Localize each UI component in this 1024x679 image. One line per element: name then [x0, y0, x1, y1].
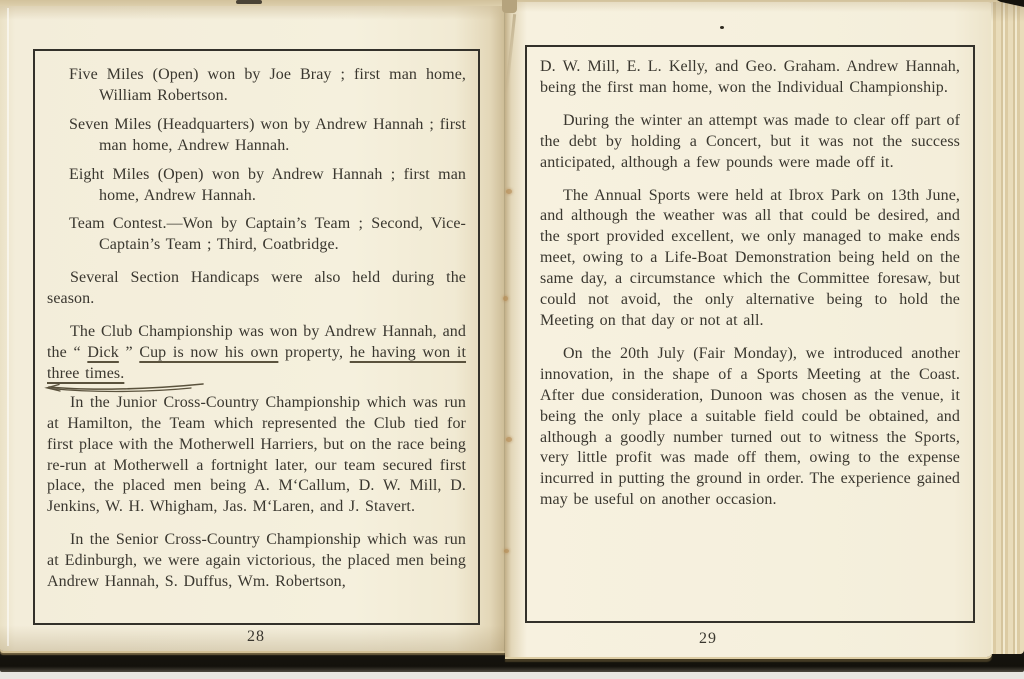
right-page-text-frame: D. W. Mill, E. L. Kelly, and Geo. Graham…	[525, 45, 975, 623]
page-number-28: 28	[232, 628, 280, 646]
paragraph-club-championship: The Club Championship was won by Andrew …	[47, 322, 466, 385]
race-entry-five-miles: Five Miles (Open) won by Joe Bray ; firs…	[99, 65, 466, 107]
book-scan: Five Miles (Open) won by Joe Bray ; firs…	[0, 0, 1024, 679]
gutter-seam	[502, 0, 517, 13]
pencil-underlined-text: Cup is now his own	[139, 344, 278, 361]
pencil-underlined-text: Dick	[87, 344, 119, 361]
page-number-29: 29	[684, 630, 732, 648]
left-page: Five Miles (Open) won by Joe Bray ; firs…	[0, 6, 505, 651]
left-page-edge	[7, 8, 9, 646]
right-page: D. W. Mill, E. L. Kelly, and Geo. Graham…	[505, 2, 992, 657]
paragraph-senior-cross-country: In the Senior Cross-Country Championship…	[47, 530, 466, 593]
ink-speck	[720, 26, 724, 29]
race-entry-seven-miles: Seven Miles (Headquarters) won by Andrew…	[99, 115, 466, 157]
race-entry-eight-miles: Eight Miles (Open) won by Andrew Hannah …	[99, 165, 466, 207]
right-page-edge-stack	[991, 2, 1024, 654]
paragraph-section-handicaps: Several Section Handicaps were also held…	[47, 268, 466, 310]
foxing-spot	[506, 437, 512, 442]
scan-smudge	[236, 0, 262, 4]
paragraph-individual-championship: D. W. Mill, E. L. Kelly, and Geo. Graham…	[540, 57, 960, 99]
paragraph-junior-cross-country: In the Junior Cross-Country Championship…	[47, 393, 466, 518]
foxing-spot	[504, 549, 509, 553]
left-page-text-frame: Five Miles (Open) won by Joe Bray ; firs…	[33, 49, 480, 625]
foxing-spot	[503, 296, 508, 301]
paragraph-dunoon-sports-meeting: On the 20th July (Fair Monday), we intro…	[540, 344, 960, 511]
paragraph-annual-sports-ibrox: The Annual Sports were held at Ibrox Par…	[540, 186, 960, 332]
club-para-segment: ”	[119, 344, 139, 361]
paragraph-winter-concert: During the winter an attempt was made to…	[540, 111, 960, 174]
club-para-segment: property,	[278, 344, 349, 361]
race-entry-team-contest: Team Contest.—Won by Captain’s Team ; Se…	[99, 214, 466, 256]
foxing-spot	[506, 189, 512, 194]
